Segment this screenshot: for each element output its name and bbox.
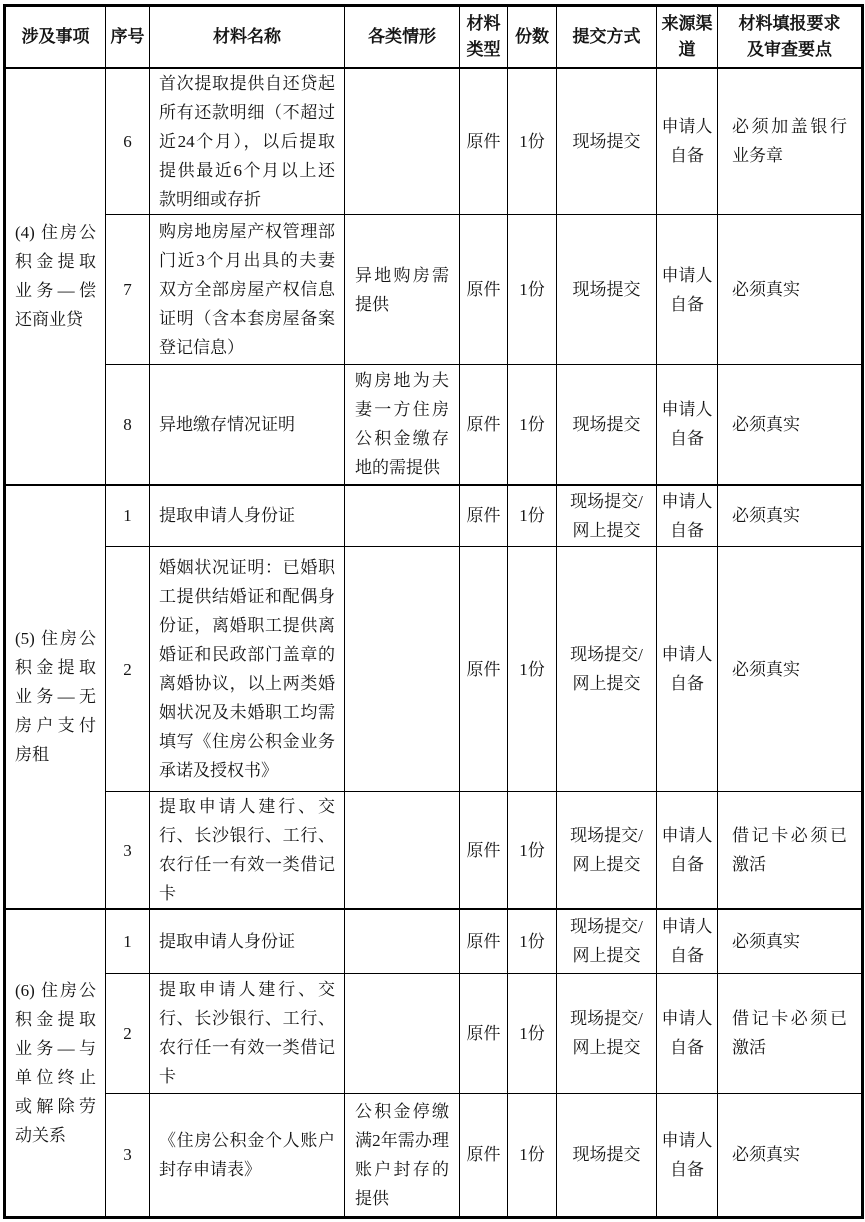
requirement-cell: 必须真实 <box>718 909 863 973</box>
requirement-cell: 必须真实 <box>718 365 863 485</box>
situation-cell: 异地购房需提供 <box>345 215 460 365</box>
requirement-cell: 借记卡必须已激活 <box>718 792 863 910</box>
source-channel-cell: 申请人自备 <box>657 792 718 910</box>
material-type-cell: 原件 <box>460 68 508 215</box>
source-channel-cell: 申请人自备 <box>657 365 718 485</box>
copies-cell: 1份 <box>508 547 557 792</box>
copies-cell: 1份 <box>508 365 557 485</box>
copies-cell: 1份 <box>508 909 557 973</box>
row-number-cell: 6 <box>106 68 150 215</box>
table-body: (4) 住房公积金提取业务—偿还商业贷6首次提取提供自还贷起所有还款明细（不超过… <box>5 68 863 1218</box>
document-page: 涉及事项 序号 材料名称 各类情形 材料类型 份数 提交方式 来源渠道 材料填报… <box>0 0 865 1222</box>
situation-cell <box>345 547 460 792</box>
col-header-copies: 份数 <box>508 6 557 68</box>
col-header-situation: 各类情形 <box>345 6 460 68</box>
copies-cell: 1份 <box>508 485 557 547</box>
material-type-cell: 原件 <box>460 485 508 547</box>
table-row: 2婚姻状况证明：已婚职工提供结婚证和配偶身份证，离婚职工提供离婚证和民政部门盖章… <box>5 547 863 792</box>
source-channel-cell: 申请人自备 <box>657 215 718 365</box>
situation-cell <box>345 68 460 215</box>
submit-method-cell: 现场提交/网上提交 <box>557 973 657 1093</box>
header-row: 涉及事项 序号 材料名称 各类情形 材料类型 份数 提交方式 来源渠道 材料填报… <box>5 6 863 68</box>
copies-cell: 1份 <box>508 1093 557 1217</box>
col-header-requirement: 材料填报要求及审查要点 <box>718 6 863 68</box>
col-header-number: 序号 <box>106 6 150 68</box>
material-type-cell: 原件 <box>460 547 508 792</box>
row-number-cell: 1 <box>106 909 150 973</box>
table-row: (4) 住房公积金提取业务—偿还商业贷6首次提取提供自还贷起所有还款明细（不超过… <box>5 68 863 215</box>
material-name-cell: 提取申请人身份证 <box>150 909 345 973</box>
situation-cell <box>345 973 460 1093</box>
material-type-cell: 原件 <box>460 909 508 973</box>
source-channel-cell: 申请人自备 <box>657 1093 718 1217</box>
source-channel-cell: 申请人自备 <box>657 68 718 215</box>
submit-method-cell: 现场提交/网上提交 <box>557 909 657 973</box>
submit-method-cell: 现场提交/网上提交 <box>557 485 657 547</box>
table-row: 2提取申请人建行、交行、长沙银行、工行、农行任一有效一类借记卡原件1份现场提交/… <box>5 973 863 1093</box>
situation-cell <box>345 485 460 547</box>
material-type-cell: 原件 <box>460 973 508 1093</box>
copies-cell: 1份 <box>508 215 557 365</box>
table-row: (5) 住房公积金提取业务—无房户支付房租1提取申请人身份证原件1份现场提交/网… <box>5 485 863 547</box>
table-row: 3提取申请人建行、交行、长沙银行、工行、农行任一有效一类借记卡原件1份现场提交/… <box>5 792 863 910</box>
submit-method-cell: 现场提交 <box>557 365 657 485</box>
matter-cell: (6) 住房公积金提取业务—与单位终止或解除劳动关系 <box>5 909 106 1217</box>
submit-method-cell: 现场提交/网上提交 <box>557 792 657 910</box>
material-name-cell: 异地缴存情况证明 <box>150 365 345 485</box>
submit-method-cell: 现场提交 <box>557 1093 657 1217</box>
table-row: 7购房地房屋产权管理部门近3个月出具的夫妻双方全部房屋产权信息证明（含本套房屋备… <box>5 215 863 365</box>
copies-cell: 1份 <box>508 973 557 1093</box>
submit-method-cell: 现场提交 <box>557 215 657 365</box>
material-name-cell: 提取申请人身份证 <box>150 485 345 547</box>
material-name-cell: 首次提取提供自还贷起所有还款明细（不超过近24个月），以后提取提供最近6个月以上… <box>150 68 345 215</box>
row-number-cell: 3 <box>106 1093 150 1217</box>
row-number-cell: 1 <box>106 485 150 547</box>
situation-cell: 购房地为夫妻一方住房公积金缴存地的需提供 <box>345 365 460 485</box>
row-number-cell: 2 <box>106 547 150 792</box>
situation-cell <box>345 909 460 973</box>
col-header-material: 材料名称 <box>150 6 345 68</box>
requirement-cell: 必须真实 <box>718 1093 863 1217</box>
material-name-cell: 《住房公积金个人账户封存申请表》 <box>150 1093 345 1217</box>
requirement-cell: 必须真实 <box>718 485 863 547</box>
source-channel-cell: 申请人自备 <box>657 485 718 547</box>
col-header-source: 来源渠道 <box>657 6 718 68</box>
table-row: 8异地缴存情况证明购房地为夫妻一方住房公积金缴存地的需提供原件1份现场提交申请人… <box>5 365 863 485</box>
material-type-cell: 原件 <box>460 365 508 485</box>
material-type-cell: 原件 <box>460 792 508 910</box>
requirement-cell: 必须加盖银行业务章 <box>718 68 863 215</box>
submit-method-cell: 现场提交/网上提交 <box>557 547 657 792</box>
material-type-cell: 原件 <box>460 1093 508 1217</box>
materials-table: 涉及事项 序号 材料名称 各类情形 材料类型 份数 提交方式 来源渠道 材料填报… <box>3 4 864 1219</box>
source-channel-cell: 申请人自备 <box>657 973 718 1093</box>
submit-method-cell: 现场提交 <box>557 68 657 215</box>
matter-cell: (4) 住房公积金提取业务—偿还商业贷 <box>5 68 106 485</box>
copies-cell: 1份 <box>508 68 557 215</box>
situation-cell <box>345 792 460 910</box>
col-header-type: 材料类型 <box>460 6 508 68</box>
row-number-cell: 8 <box>106 365 150 485</box>
material-name-cell: 购房地房屋产权管理部门近3个月出具的夫妻双方全部房屋产权信息证明（含本套房屋备案… <box>150 215 345 365</box>
requirement-cell: 必须真实 <box>718 215 863 365</box>
situation-cell: 公积金停缴满2年需办理账户封存的提供 <box>345 1093 460 1217</box>
col-header-matter: 涉及事项 <box>5 6 106 68</box>
requirement-cell: 必须真实 <box>718 547 863 792</box>
copies-cell: 1份 <box>508 792 557 910</box>
table-row: (6) 住房公积金提取业务—与单位终止或解除劳动关系1提取申请人身份证原件1份现… <box>5 909 863 973</box>
material-type-cell: 原件 <box>460 215 508 365</box>
row-number-cell: 7 <box>106 215 150 365</box>
row-number-cell: 2 <box>106 973 150 1093</box>
material-name-cell: 提取申请人建行、交行、长沙银行、工行、农行任一有效一类借记卡 <box>150 973 345 1093</box>
source-channel-cell: 申请人自备 <box>657 909 718 973</box>
material-name-cell: 提取申请人建行、交行、长沙银行、工行、农行任一有效一类借记卡 <box>150 792 345 910</box>
col-header-submit: 提交方式 <box>557 6 657 68</box>
source-channel-cell: 申请人自备 <box>657 547 718 792</box>
material-name-cell: 婚姻状况证明：已婚职工提供结婚证和配偶身份证，离婚职工提供离婚证和民政部门盖章的… <box>150 547 345 792</box>
table-row: 3《住房公积金个人账户封存申请表》公积金停缴满2年需办理账户封存的提供原件1份现… <box>5 1093 863 1217</box>
matter-cell: (5) 住房公积金提取业务—无房户支付房租 <box>5 485 106 910</box>
row-number-cell: 3 <box>106 792 150 910</box>
requirement-cell: 借记卡必须已激活 <box>718 973 863 1093</box>
